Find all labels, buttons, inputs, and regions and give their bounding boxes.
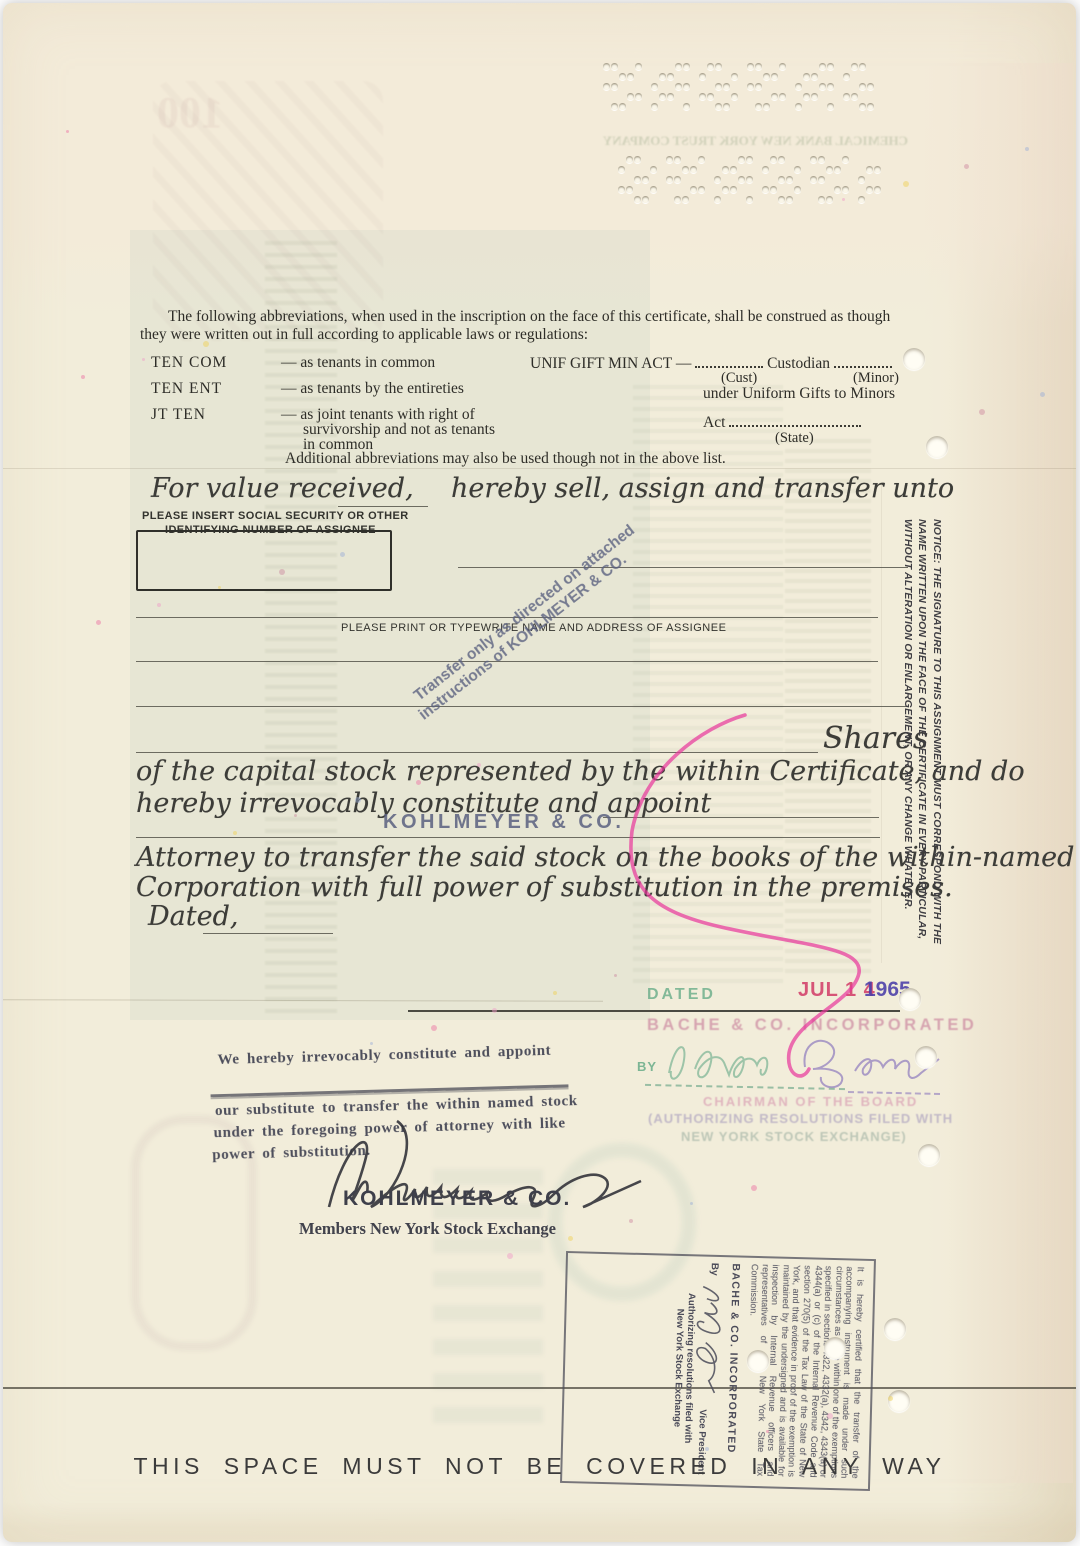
- paper-speckle: [294, 814, 297, 817]
- scanned-stock-certificate-back: { "colors":{"paper":"#f2edda","ink":"#2e…: [0, 0, 1080, 1546]
- perforation-hole: [818, 176, 825, 183]
- punch-hole: [899, 988, 921, 1010]
- paper-speckle: [553, 991, 557, 995]
- paper-speckle: [842, 198, 845, 201]
- perforation-hole: [770, 186, 777, 193]
- perforation-hole: [842, 186, 849, 193]
- paper-speckle: [416, 780, 421, 785]
- perforation-hole: [650, 166, 657, 173]
- pink-marker-stroke: [3, 3, 1076, 1542]
- perforation-hole: [674, 196, 681, 203]
- paper-speckle: [903, 181, 909, 187]
- paper-speckle: [766, 1430, 769, 1433]
- paper-speckle: [477, 763, 481, 767]
- perforation-hole: [859, 83, 866, 90]
- perforation-hole: [698, 186, 705, 193]
- paper-speckle: [979, 409, 985, 415]
- perforation-hole: [611, 83, 618, 90]
- perforation-hole: [650, 186, 657, 193]
- perforation-hole: [634, 196, 641, 203]
- perforation-hole: [803, 73, 810, 80]
- perforation-hole: [819, 83, 826, 90]
- perforation-hole: [666, 156, 673, 163]
- perforation-hole: [810, 176, 817, 183]
- perforation-hole: [859, 103, 866, 110]
- perforation-hole: [618, 166, 625, 173]
- perforation-hole: [715, 83, 722, 90]
- perforation-hole: [651, 83, 658, 90]
- perforation-hole: [674, 176, 681, 183]
- perforation-hole: [818, 156, 825, 163]
- perforation-hole: [707, 93, 714, 100]
- perforation-hole: [859, 63, 866, 70]
- perforation-hole: [674, 156, 681, 163]
- perforation-hole: [779, 63, 786, 70]
- perforation-hole: [618, 186, 625, 193]
- paper-speckle: [888, 1396, 893, 1401]
- perforation-hole: [778, 176, 785, 183]
- perforation-hole: [666, 176, 673, 183]
- perforation-hole: [659, 73, 666, 80]
- perforation-hole: [866, 166, 873, 173]
- punch-hole: [824, 1337, 846, 1359]
- perforation-hole: [634, 156, 641, 163]
- perforation-hole: [747, 83, 754, 90]
- punch-hole: [888, 1390, 910, 1412]
- perforation-hole: [867, 103, 874, 110]
- perforation-hole: [619, 103, 626, 110]
- perforation-hole: [659, 93, 666, 100]
- perforation-hole: [690, 186, 697, 193]
- perforation-hole: [699, 73, 706, 80]
- perforation-hole: [795, 83, 802, 90]
- perforation-hole: [827, 83, 834, 90]
- perforation-hole: [795, 103, 802, 110]
- perforation-hole: [723, 83, 730, 90]
- perforation-hole: [755, 63, 762, 70]
- perforation-hole: [667, 73, 674, 80]
- perforation-hole: [715, 103, 722, 110]
- paper-speckle: [1040, 392, 1045, 397]
- perforation-hole: [819, 63, 826, 70]
- perforation-hole: [715, 63, 722, 70]
- perforation-hole: [811, 73, 818, 80]
- perforation-hole: [746, 196, 753, 203]
- perforation-hole: [834, 186, 841, 193]
- punch-hole: [915, 1046, 937, 1068]
- perforation-hole: [778, 156, 785, 163]
- perforation-hole: [627, 93, 634, 100]
- perforation-hole: [683, 103, 690, 110]
- perforation-hole: [675, 63, 682, 70]
- perforation-hole: [714, 176, 721, 183]
- perforation-hole: [771, 93, 778, 100]
- perforation-hole: [626, 186, 633, 193]
- perforation-hole: [763, 103, 770, 110]
- paper-speckle: [964, 164, 969, 169]
- perforation-hole: [690, 166, 697, 173]
- perforation-hole: [635, 63, 642, 70]
- punch-hole: [903, 348, 925, 370]
- perforation-hole: [731, 93, 738, 100]
- perforation-hole: [843, 93, 850, 100]
- perforation-hole: [699, 93, 706, 100]
- paper-speckle: [233, 831, 237, 835]
- perforation-hole: [619, 73, 626, 80]
- perforation-hole: [866, 186, 873, 193]
- perforation-hole: [682, 166, 689, 173]
- perforation-hole: [794, 186, 801, 193]
- perforation-hole: [762, 186, 769, 193]
- perforation-hole: [827, 63, 834, 70]
- perforation-hole: [603, 63, 610, 70]
- perforation-hole: [634, 176, 641, 183]
- perforation-hole: [794, 166, 801, 173]
- perforation-hole: [682, 196, 689, 203]
- perforation-hole: [755, 83, 762, 90]
- perforation-hole: [843, 73, 850, 80]
- paper-speckle: [81, 375, 85, 379]
- perforation-hole: [858, 196, 865, 203]
- perforation-hole: [858, 176, 865, 183]
- perforation-hole: [874, 166, 881, 173]
- paper-speckle: [370, 1042, 373, 1045]
- paper-speckle: [1025, 147, 1029, 151]
- paper-speckle: [279, 569, 285, 575]
- paper-speckle: [66, 130, 69, 133]
- perforation-hole: [707, 63, 714, 70]
- perforation-hole: [771, 73, 778, 80]
- perforation-hole: [675, 83, 682, 90]
- perforation-hole: [642, 176, 649, 183]
- paper-speckle: [751, 1185, 757, 1191]
- perforation-hole: [826, 166, 833, 173]
- perforation-hole: [746, 176, 753, 183]
- perforation-hole: [611, 103, 618, 110]
- paper-speckle: [690, 1202, 693, 1205]
- paper-speckle: [705, 1447, 709, 1451]
- perforation-hole: [842, 156, 849, 163]
- perforation-hole: [683, 83, 690, 90]
- perforation-hole: [874, 186, 881, 193]
- punch-hole: [747, 1350, 769, 1372]
- perforation-hole: [779, 93, 786, 100]
- paper-speckle: [340, 552, 345, 557]
- perforation-hole: [738, 176, 745, 183]
- perforation-hole: [635, 93, 642, 100]
- perforation-hole: [723, 103, 730, 110]
- paper-speckle: [355, 797, 361, 803]
- perforation-hole: [755, 103, 762, 110]
- paper-speckle: [218, 586, 221, 589]
- perforation-hole: [786, 176, 793, 183]
- perforation-hole: [730, 166, 737, 173]
- perforation-hole: [611, 63, 618, 70]
- perforation-hole: [826, 196, 833, 203]
- perforation-hole: [731, 73, 738, 80]
- perforation-hole: [626, 156, 633, 163]
- perforation-hole: [747, 63, 754, 70]
- perforation-hole: [851, 63, 858, 70]
- perforation-hole: [738, 156, 745, 163]
- perforation-hole: [834, 166, 841, 173]
- punch-hole: [884, 1318, 906, 1340]
- paper-speckle: [157, 603, 161, 607]
- perforation-hole: [803, 93, 810, 100]
- perforation-hole: [770, 156, 777, 163]
- perforation-hole: [722, 166, 729, 173]
- perforation-hole: [778, 196, 785, 203]
- perforation-hole: [603, 83, 610, 90]
- perforation-hole: [722, 186, 729, 193]
- perforation-hole: [867, 83, 874, 90]
- perforation-hole: [627, 73, 634, 80]
- perforation-hole: [667, 93, 674, 100]
- paper-speckle: [629, 1219, 633, 1223]
- paper-speckle: [614, 974, 617, 977]
- paper-speckle: [507, 1253, 513, 1259]
- perforation-hole: [714, 196, 721, 203]
- perforation-hole: [810, 156, 817, 163]
- perforation-hole: [746, 156, 753, 163]
- paper-speckle: [203, 341, 209, 347]
- paper-speckle: [142, 358, 145, 361]
- perforation-hole: [827, 103, 834, 110]
- punch-hole: [926, 436, 948, 458]
- paper-speckle: [431, 1025, 437, 1031]
- perforation-hole: [642, 196, 649, 203]
- perforation-hole: [651, 103, 658, 110]
- punch-hole: [918, 1144, 940, 1166]
- paper-speckle: [492, 1008, 497, 1013]
- paper-speckle: [568, 1236, 573, 1241]
- perforation-hole: [786, 196, 793, 203]
- perforation-hole: [730, 186, 737, 193]
- paper-speckle: [96, 620, 101, 625]
- perforation-hole: [683, 63, 690, 70]
- perforation-hole: [851, 93, 858, 100]
- perforation-hole: [763, 73, 770, 80]
- perforation-hole: [698, 156, 705, 163]
- perforation-hole: [811, 93, 818, 100]
- perforation-hole: [818, 196, 825, 203]
- paper-speckle: [827, 1413, 833, 1419]
- certificate-paper: CHEMICAL BANK NEW YORK TRUST COMPANY 100…: [3, 3, 1076, 1542]
- perforation-hole: [762, 166, 769, 173]
